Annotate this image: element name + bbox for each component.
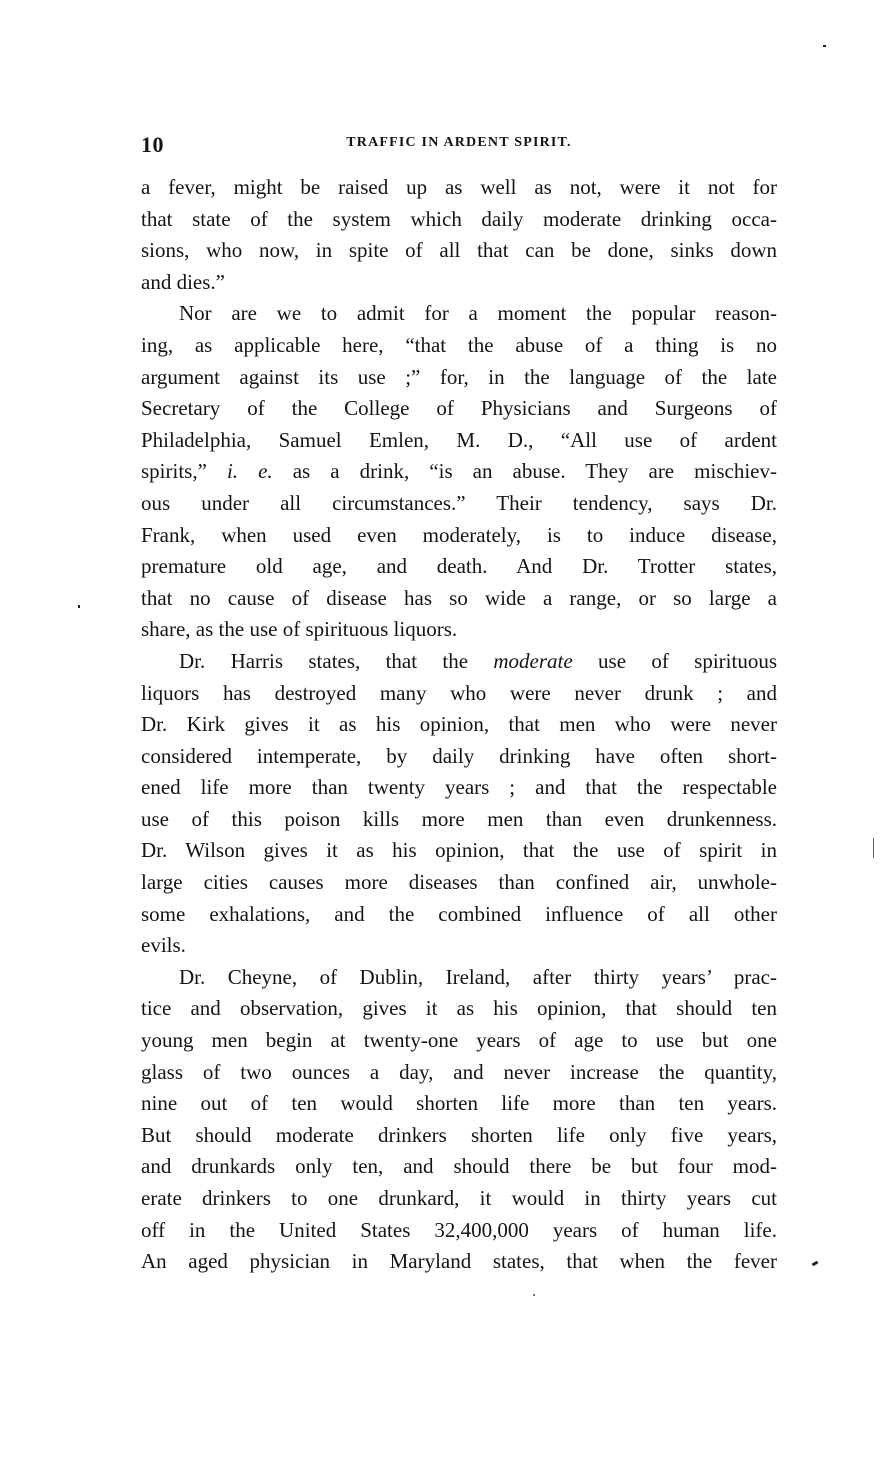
scan-speck (823, 45, 826, 47)
text-line: sions, who now, in spite of all that can… (141, 235, 777, 267)
text-line: Philadelphia, Samuel Emlen, M. D., “All … (141, 425, 777, 457)
text-line: An aged physician in Maryland states, th… (141, 1246, 777, 1278)
text-line: use of this poison kills more men than e… (141, 804, 777, 836)
text-line: off in the United States 32,400,000 year… (141, 1215, 777, 1247)
text-line: argument against its use ;” for, in the … (141, 362, 777, 394)
scan-speck (873, 838, 874, 858)
text-line: Secretary of the College of Physicians a… (141, 393, 777, 425)
text-line: and drunkards only ten, and should there… (141, 1151, 777, 1183)
text-line: ing, as applicable here, “that the abuse… (141, 330, 777, 362)
text-line: nine out of ten would shorten life more … (141, 1088, 777, 1120)
text-run: as a drink, “is an abuse. They are misch… (273, 459, 777, 483)
text-line: ous under all circumstances.” Their tend… (141, 488, 777, 520)
running-head: 10 TRAFFIC IN ARDENT SPIRIT. (141, 132, 777, 160)
text-run: spirits,” (141, 459, 227, 483)
text-line: evils. (141, 930, 777, 962)
body-text: a fever, might be raised up as well as n… (141, 172, 777, 1278)
text-line: Frank, when used even moderately, is to … (141, 520, 777, 552)
text-line: glass of two ounces a day, and never inc… (141, 1057, 777, 1089)
text-run: use of spirituous (573, 649, 777, 673)
running-title: TRAFFIC IN ARDENT SPIRIT. (141, 135, 777, 151)
text-line: Dr. Kirk gives it as his opinion, that m… (141, 709, 777, 741)
text-line: young men begin at twenty-one years of a… (141, 1025, 777, 1057)
text-line: Dr. Harris states, that the moderate use… (141, 646, 777, 678)
scan-speck (812, 1261, 819, 1267)
text-line: Nor are we to admit for a moment the pop… (141, 298, 777, 330)
text-line: a fever, might be raised up as well as n… (141, 172, 777, 204)
text-line: premature old age, and death. And Dr. Tr… (141, 551, 777, 583)
text-line: erate drinkers to one drunkard, it would… (141, 1183, 777, 1215)
scan-speck (78, 605, 80, 608)
text-line: Dr. Wilson gives it as his opinion, that… (141, 835, 777, 867)
text-line: considered intemperate, by daily drinkin… (141, 741, 777, 773)
text-line: liquors has destroyed many who were neve… (141, 678, 777, 710)
text-line: and dies.” (141, 267, 777, 299)
text-line: large cities causes more diseases than c… (141, 867, 777, 899)
text-line: that no cause of disease has so wide a r… (141, 583, 777, 615)
text-line: share, as the use of spirituous liquors. (141, 614, 777, 646)
text-line: But should moderate drinkers shorten lif… (141, 1120, 777, 1152)
text-line: spirits,” i. e. as a drink, “is an abuse… (141, 456, 777, 488)
italic-text: moderate (493, 649, 572, 673)
text-line: Dr. Cheyne, of Dublin, Ireland, after th… (141, 962, 777, 994)
text-line: that state of the system which daily mod… (141, 204, 777, 236)
text-line: some exhalations, and the combined influ… (141, 899, 777, 931)
italic-text: i. e. (227, 459, 273, 483)
scan-speck (533, 1294, 535, 1296)
book-page: 10 TRAFFIC IN ARDENT SPIRIT. a fever, mi… (0, 0, 888, 1475)
text-line: tice and observation, gives it as his op… (141, 993, 777, 1025)
text-line: ened life more than twenty years ; and t… (141, 772, 777, 804)
text-run: Dr. Harris states, that the (179, 649, 493, 673)
